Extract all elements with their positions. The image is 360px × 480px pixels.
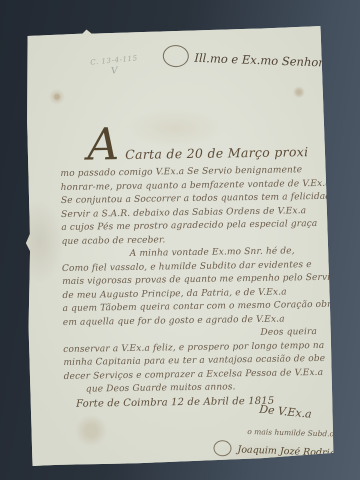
archival-pencil-note: C. 13-4-115 V	[90, 54, 139, 78]
opening-line-text: Carta de 20 de Março proxi	[125, 144, 308, 162]
signature-flourish-icon	[213, 440, 232, 457]
signature-name: Joaquim Jozé Rodrig.z	[237, 444, 344, 459]
salutation: Ill.mo e Ex.mo Senhor	[162, 47, 324, 75]
letter-paper: C. 13-4-115 V Ill.mo e Ex.mo Senhor A Ca…	[24, 25, 333, 467]
letter-opening-line: A Carta de 20 de Março proxi	[87, 124, 308, 163]
archival-check-mark: V	[111, 64, 139, 77]
decorative-initial: A	[87, 127, 119, 163]
salutation-text: Ill.mo e Ex.mo Senhor	[194, 51, 324, 70]
flourish-circle-icon	[162, 45, 189, 68]
photo-background: C. 13-4-115 V Ill.mo e Ex.mo Senhor A Ca…	[0, 0, 360, 480]
closing-subscription: o mais humilde Subd.o	[247, 427, 334, 438]
signature: Joaquim Jozé Rodrig.z	[213, 441, 344, 462]
letter-body: mo passado comigo V.Ex.a Se Servio benig…	[60, 164, 332, 411]
